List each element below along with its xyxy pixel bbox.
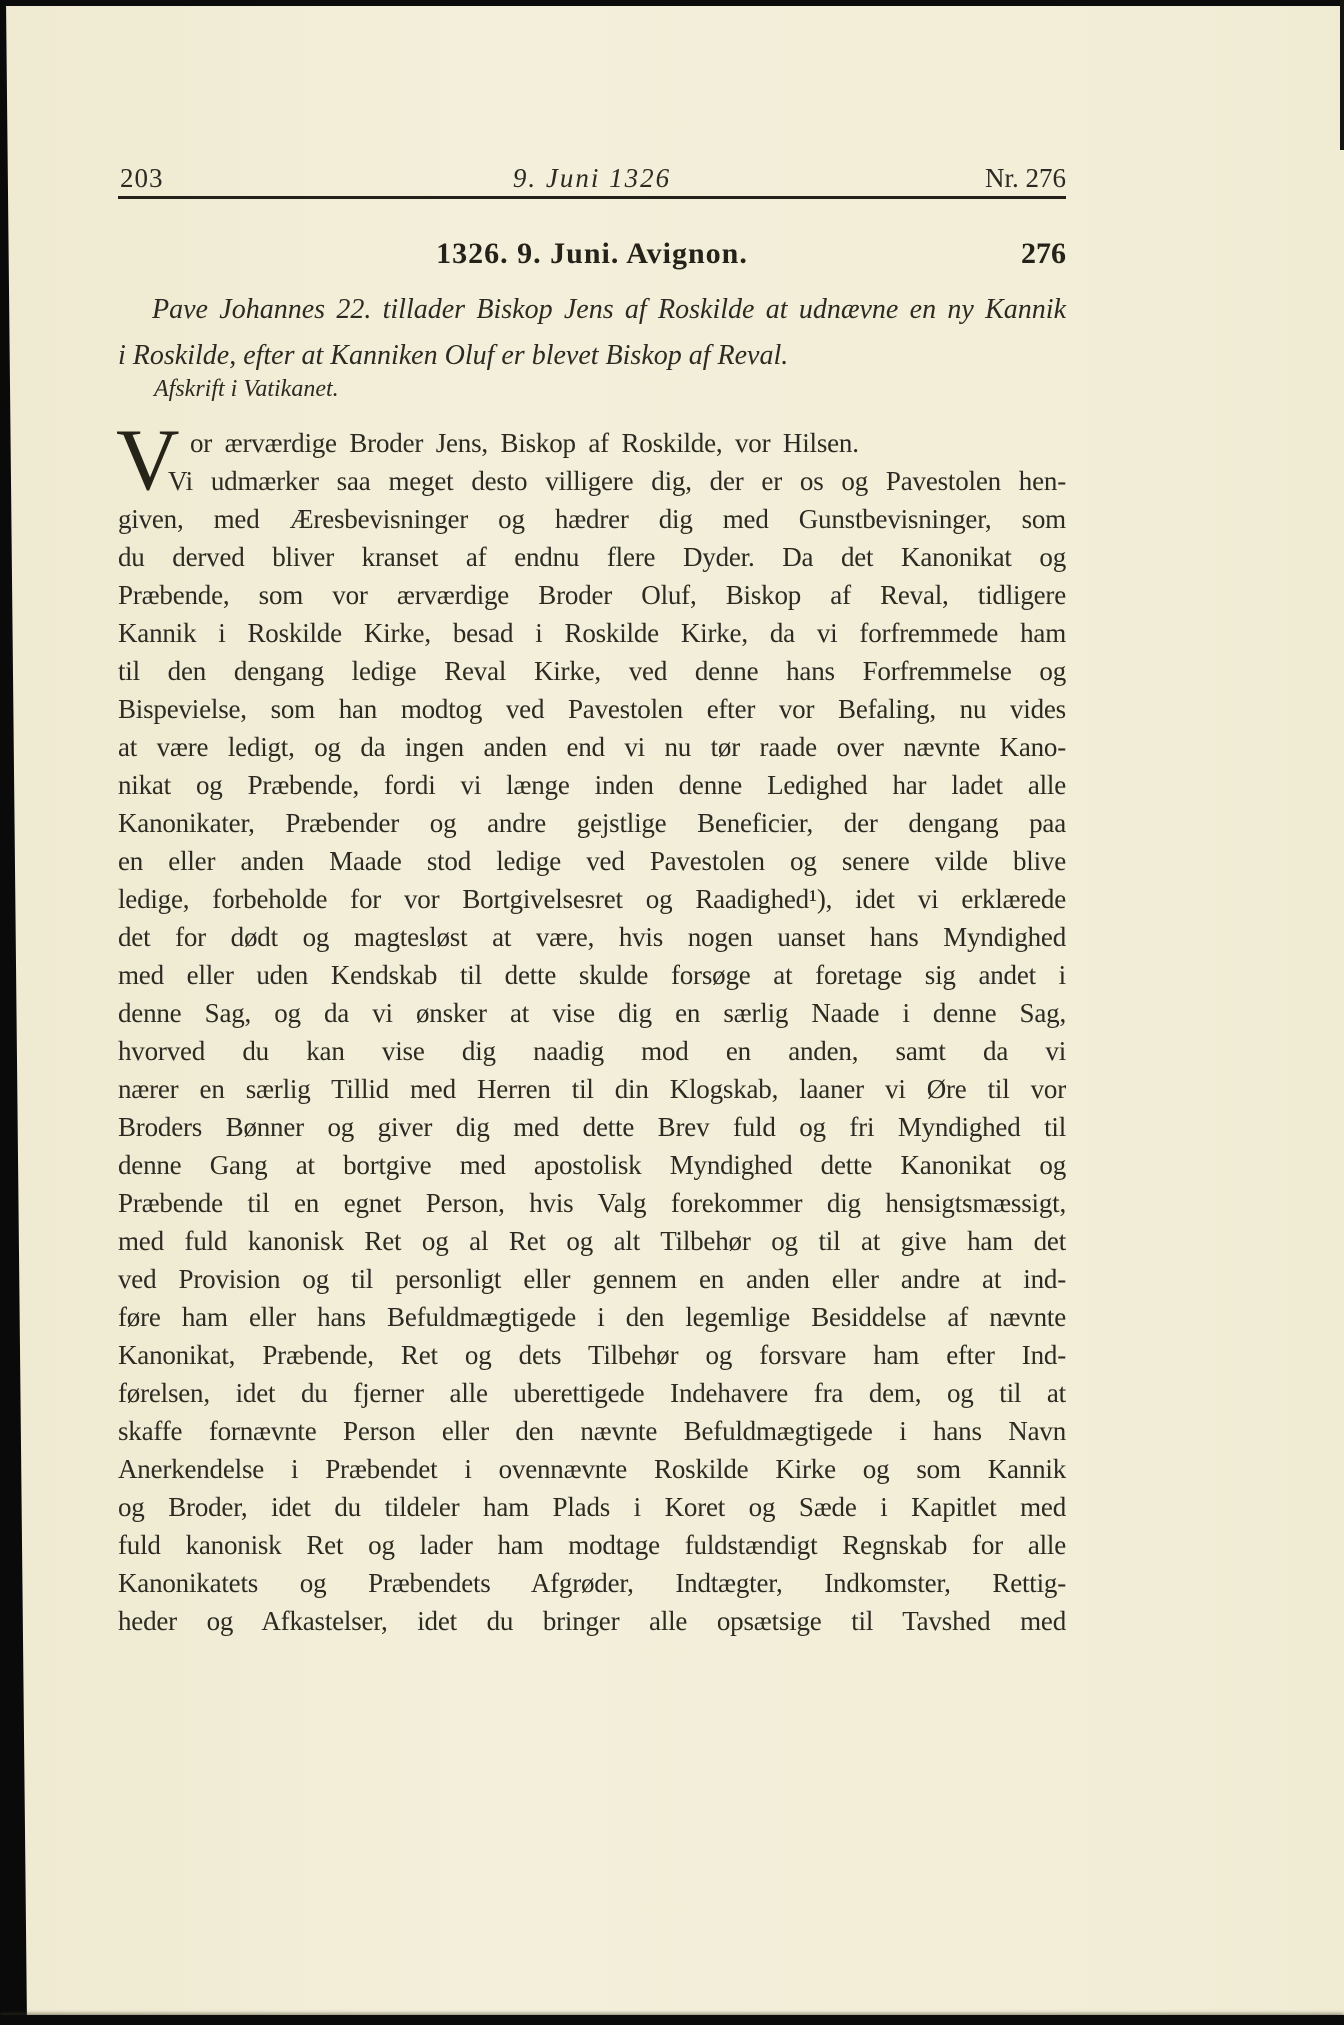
body-line: nikat og Præbende, fordi vi længe inden … <box>118 766 1066 804</box>
body-line: denne Sag, og da vi ønsker at vise dig e… <box>118 994 1066 1032</box>
body-line: føre ham eller hans Befuldmægtigede i de… <box>118 1298 1066 1336</box>
source-note: Afskrift i Vatikanet. <box>118 376 1066 403</box>
body-line: skaffe fornævnte Person eller den nævnte… <box>118 1412 1066 1450</box>
scan-edge-bottom <box>0 2015 1344 2025</box>
body-line: ledige, forbeholde for vor Bortgivelsesr… <box>118 880 1066 918</box>
body-text: V or ærværdige Broder Jens, Biskop af Ro… <box>118 424 1066 1640</box>
body-line: Kanonikat, Præbende, Ret og dets Tilbehø… <box>118 1336 1066 1374</box>
scan-edge-left <box>0 0 30 2025</box>
body-line: hvorved du kan vise dig naadig mod en an… <box>118 1032 1066 1070</box>
drop-cap: V <box>116 417 179 505</box>
body-line: ved Provision og til personligt eller ge… <box>118 1260 1066 1298</box>
body-line: med fuld kanonisk Ret og al Ret og alt T… <box>118 1222 1066 1260</box>
body-line: det for dødt og magtesløst at være, hvis… <box>118 918 1066 956</box>
header-rule <box>118 196 1066 199</box>
body-line: med eller uden Kendskab til dette skulde… <box>118 956 1066 994</box>
body-line: fuld kanonisk Ret og lader ham modtage f… <box>118 1526 1066 1564</box>
body-line: Vi udmærker saa meget desto villigere di… <box>118 462 1066 500</box>
body-line: or ærværdige Broder Jens, Biskop af Rosk… <box>118 424 1066 462</box>
scan-edge-right <box>1340 0 1344 150</box>
summary-line: i Roskilde, efter at Kanniken Oluf er bl… <box>118 333 1066 379</box>
body-line: Kannik i Roskilde Kirke, besad i Roskild… <box>118 614 1066 652</box>
entry-number-label: Nr. 276 <box>985 163 1066 194</box>
body-line: en eller anden Maade stod ledige ved Pav… <box>118 842 1066 880</box>
body-line: denne Gang at bortgive med apostolisk My… <box>118 1146 1066 1184</box>
body-lines: or ærværdige Broder Jens, Biskop af Rosk… <box>118 424 1066 1640</box>
scanned-page: 203 9. Juni 1326 Nr. 276 1326. 9. Juni. … <box>0 0 1344 2025</box>
summary-line: Pave Johannes 22. tillader Biskop Jens a… <box>118 287 1066 333</box>
body-line: nærer en særlig Tillid med Herren til di… <box>118 1070 1066 1108</box>
body-line: at være ledigt, og da ingen anden end vi… <box>118 728 1066 766</box>
running-title: 9. Juni 1326 <box>118 163 1066 194</box>
body-line: førelsen, idet du fjerner alle uberettig… <box>118 1374 1066 1412</box>
body-line: given, med Æresbevisninger og hædrer dig… <box>118 500 1066 538</box>
document-heading-row: 1326. 9. Juni. Avignon. 276 <box>118 237 1066 277</box>
body-line: Bispevielse, som han modtog ved Pavestol… <box>118 690 1066 728</box>
document-heading: 1326. 9. Juni. Avignon. <box>118 237 1066 271</box>
body-line: til den dengang ledige Reval Kirke, ved … <box>118 652 1066 690</box>
scan-edge-top <box>0 0 1344 6</box>
body-line: Anerkendelse i Præbendet i ovennævnte Ro… <box>118 1450 1066 1488</box>
document-number: 276 <box>1021 237 1066 271</box>
body-line: Broders Bønner og giver dig med dette Br… <box>118 1108 1066 1146</box>
body-line: Kanonikatets og Præbendets Afgrøder, Ind… <box>118 1564 1066 1602</box>
body-line: du derved bliver kranset af endnu flere … <box>118 538 1066 576</box>
running-header: 203 9. Juni 1326 Nr. 276 <box>118 158 1066 194</box>
body-line: Præbende til en egnet Person, hvis Valg … <box>118 1184 1066 1222</box>
body-line: og Broder, idet du tildeler ham Plads i … <box>118 1488 1066 1526</box>
body-line: Præbende, som vor ærværdige Broder Oluf,… <box>118 576 1066 614</box>
document-summary: Pave Johannes 22. tillader Biskop Jens a… <box>118 287 1066 379</box>
body-line: heder og Afkastelser, idet du bringer al… <box>118 1602 1066 1640</box>
body-line: Kanonikater, Præbender og andre gejstlig… <box>118 804 1066 842</box>
